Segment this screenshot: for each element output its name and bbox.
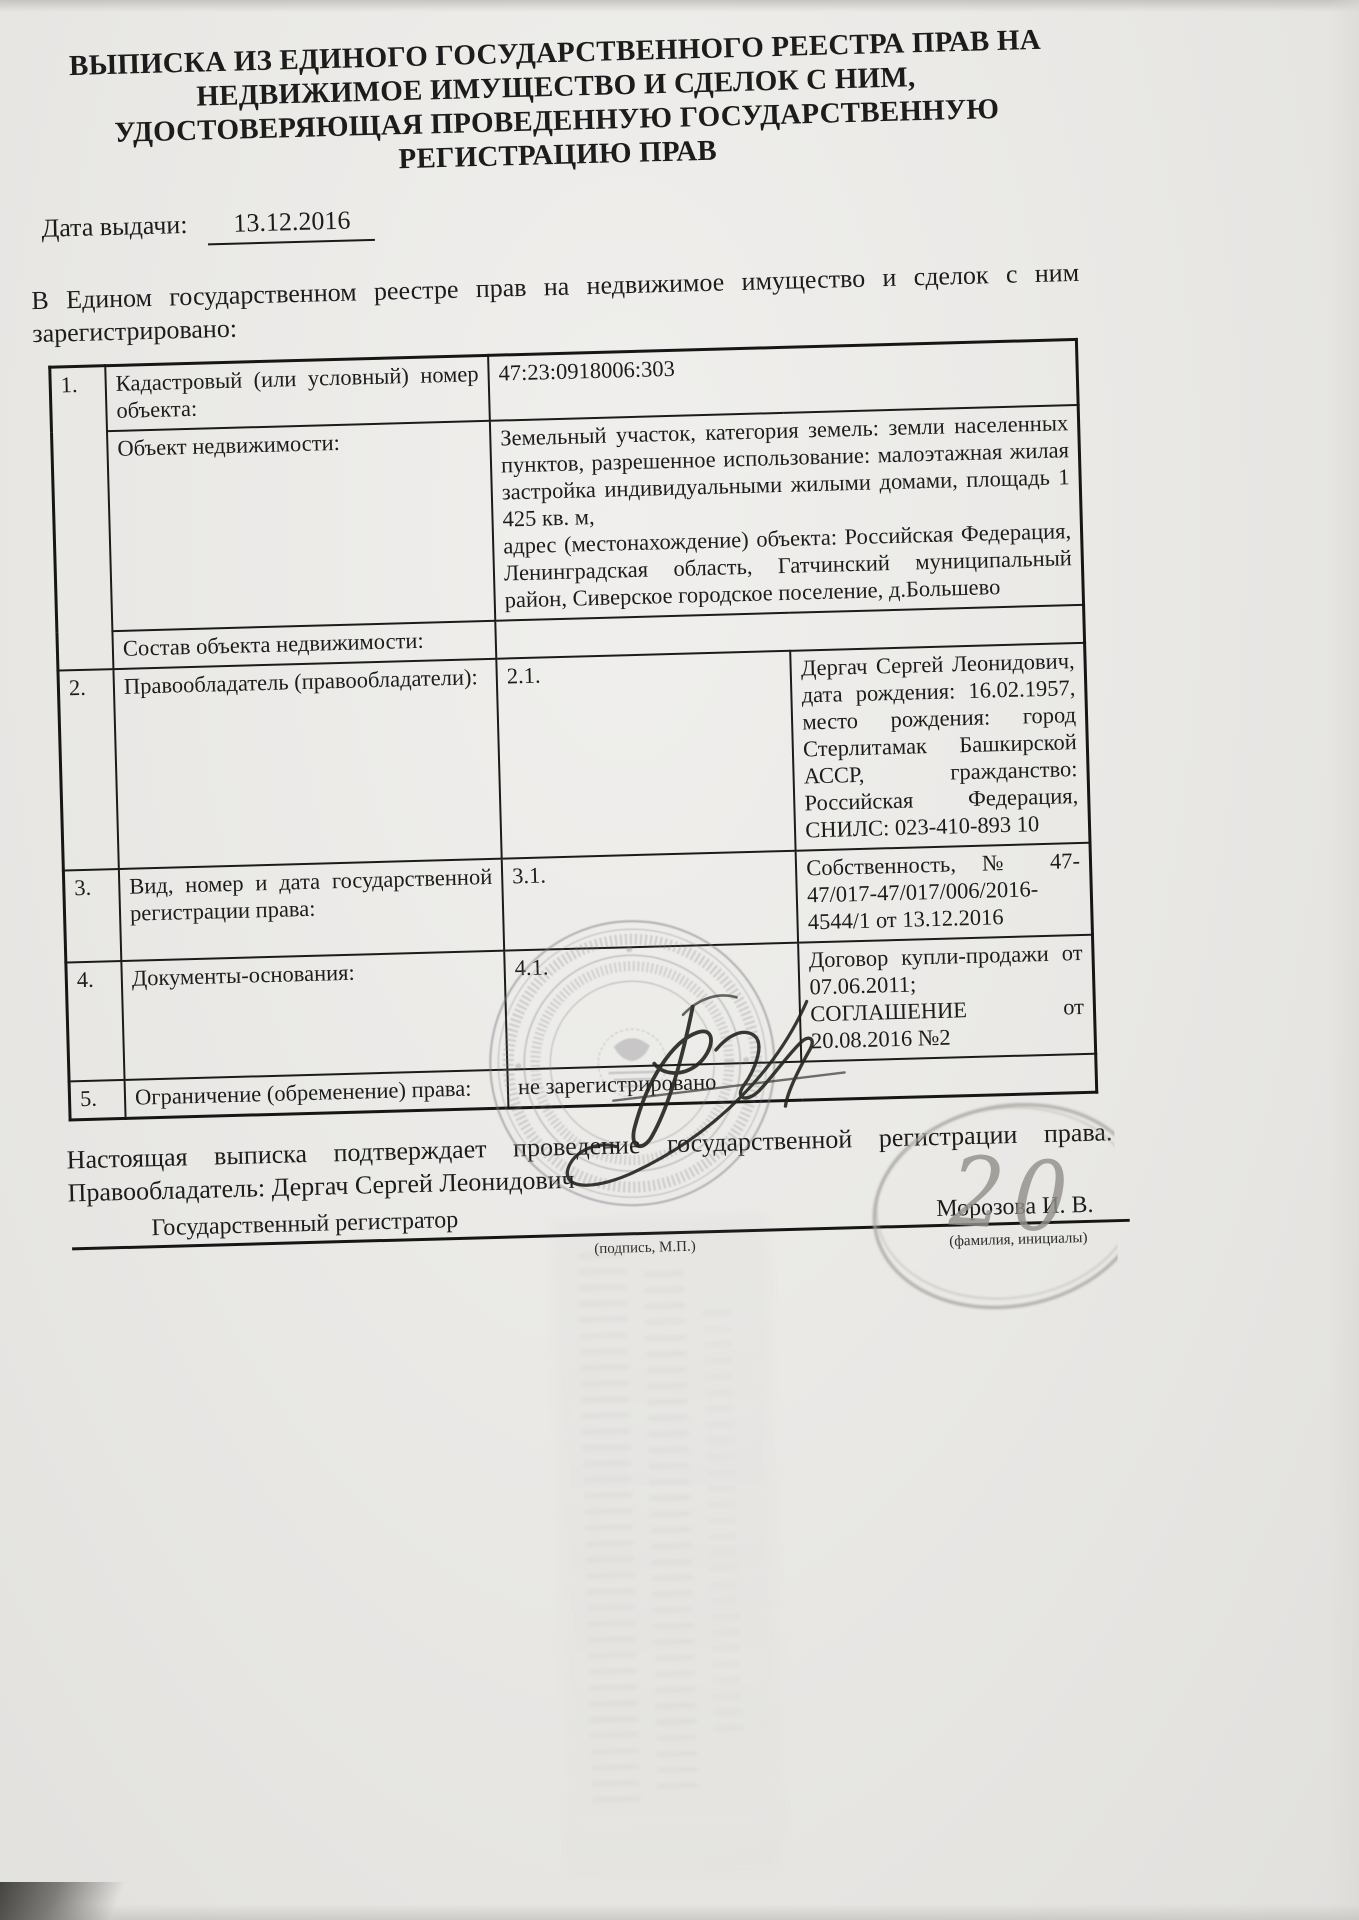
row-label: Документы-основания: (121, 951, 507, 1080)
paper-right-edge-shadow (1329, 0, 1359, 1920)
row-label: Объект недвижимости: (107, 421, 495, 631)
registrar-name: Морозова И. В. (936, 1192, 1094, 1223)
row-number: 5. (69, 1080, 126, 1120)
row-value: Дергач Сергей Леонидович, дата рождения:… (790, 643, 1090, 851)
row-subnumber: 2.1. (496, 651, 796, 859)
row-value: Договор купли-продажи от 07.06.2011; СОГ… (798, 935, 1095, 1062)
table-row-rightsholder: 2. Правообладатель (правообладатели): 2.… (58, 643, 1090, 871)
row-value: Земельный участок, категория земель: зем… (490, 405, 1084, 621)
document-sheet: ВЫПИСКА ИЗ ЕДИНОГО ГОСУДАРСТВЕННОГО РЕЕС… (24, 0, 1134, 1904)
scanned-document-page: { "page": { "title": "ВЫПИСКА ИЗ ЕДИНОГО… (0, 0, 1359, 1920)
row-number: 3. (63, 869, 121, 962)
row-number: 2. (58, 669, 119, 870)
document-title: ВЫПИСКА ИЗ ЕДИНОГО ГОСУДАРСТВЕННОГО РЕЕС… (55, 22, 1058, 185)
paper-bottom-edge-shadow (0, 1904, 1359, 1920)
row-label: Правообладатель (правообладатели): (113, 659, 501, 869)
bleed-through-text-column (703, 1311, 743, 1742)
table-row-property-object: Объект недвижимости: Земельный участок, … (52, 405, 1084, 633)
row-label: Вид, номер и дата государственной регист… (119, 859, 504, 961)
signature-block: Государственный регистратор (подпись, М.… (56, 1189, 1120, 1378)
signature-caption: (подпись, М.П.) (594, 1239, 696, 1259)
intro-paragraph: В Едином государственном реестре прав на… (31, 256, 1080, 350)
row-number: 1. (50, 366, 114, 671)
name-caption: (фамилия, инициалы) (949, 1230, 1088, 1251)
row-number: 4. (66, 961, 125, 1081)
registrar-label: Государственный регистратор (151, 1207, 458, 1242)
row-value: Собственность, № 47-47/017-47/017/006/20… (796, 843, 1093, 943)
issue-date-line: Дата выдачи:13.12.2016 (41, 184, 1090, 250)
row-subnumber: 4.1. (504, 943, 801, 1070)
issue-date-label: Дата выдачи: (41, 210, 188, 243)
row-subnumber: 3.1. (502, 851, 799, 951)
registry-table: 1. Кадастровый (или условный) номер объе… (48, 338, 1098, 1122)
row-label: Кадастровый (или условный) номер объекта… (105, 355, 490, 431)
issue-date-value: 13.12.2016 (207, 203, 375, 246)
